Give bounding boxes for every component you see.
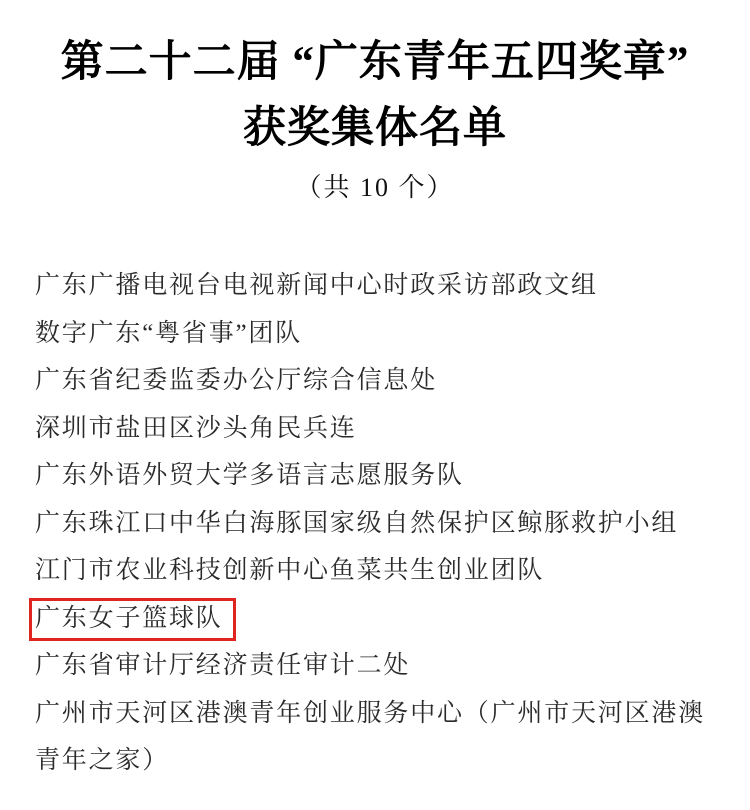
list-item: 广东珠江口中华白海豚国家级自然保护区鲸豚救护小组: [35, 500, 722, 548]
winners-list: 广东广播电视台电视新闻中心时政采访部政文组 数字广东“粤省事”团队 广东省纪委监…: [0, 262, 750, 785]
list-item: 江门市农业科技创新中心鱼菜共生创业团队: [35, 547, 722, 595]
red-highlight-box: 广东女子篮球队: [29, 598, 236, 641]
document-subtitle-count: （共 10 个）: [0, 172, 750, 204]
list-item: 数字广东“粤省事”团队: [35, 310, 722, 358]
list-item: 广东广播电视台电视新闻中心时政采访部政文组: [35, 262, 722, 310]
document-page: 第二十二届 “广东青年五四奖章” 获奖集体名单 （共 10 个） 广东广播电视台…: [0, 0, 750, 810]
document-title: 第二十二届 “广东青年五四奖章” 获奖集体名单: [0, 30, 750, 162]
list-item: 广州市天河区港澳青年创业服务中心（广州市天河区港澳青年之家）: [35, 690, 722, 785]
list-item-highlighted: 广东女子篮球队: [35, 595, 722, 643]
document-title-line2: 获奖集体名单: [0, 96, 750, 162]
list-item: 广东外语外贸大学多语言志愿服务队: [35, 452, 722, 500]
list-item: 广东省纪委监委办公厅综合信息处: [35, 357, 722, 405]
list-item: 广东省审计厅经济责任审计二处: [35, 642, 722, 690]
document-title-line1: 第二十二届 “广东青年五四奖章”: [0, 30, 750, 96]
list-item: 深圳市盐田区沙头角民兵连: [35, 405, 722, 453]
